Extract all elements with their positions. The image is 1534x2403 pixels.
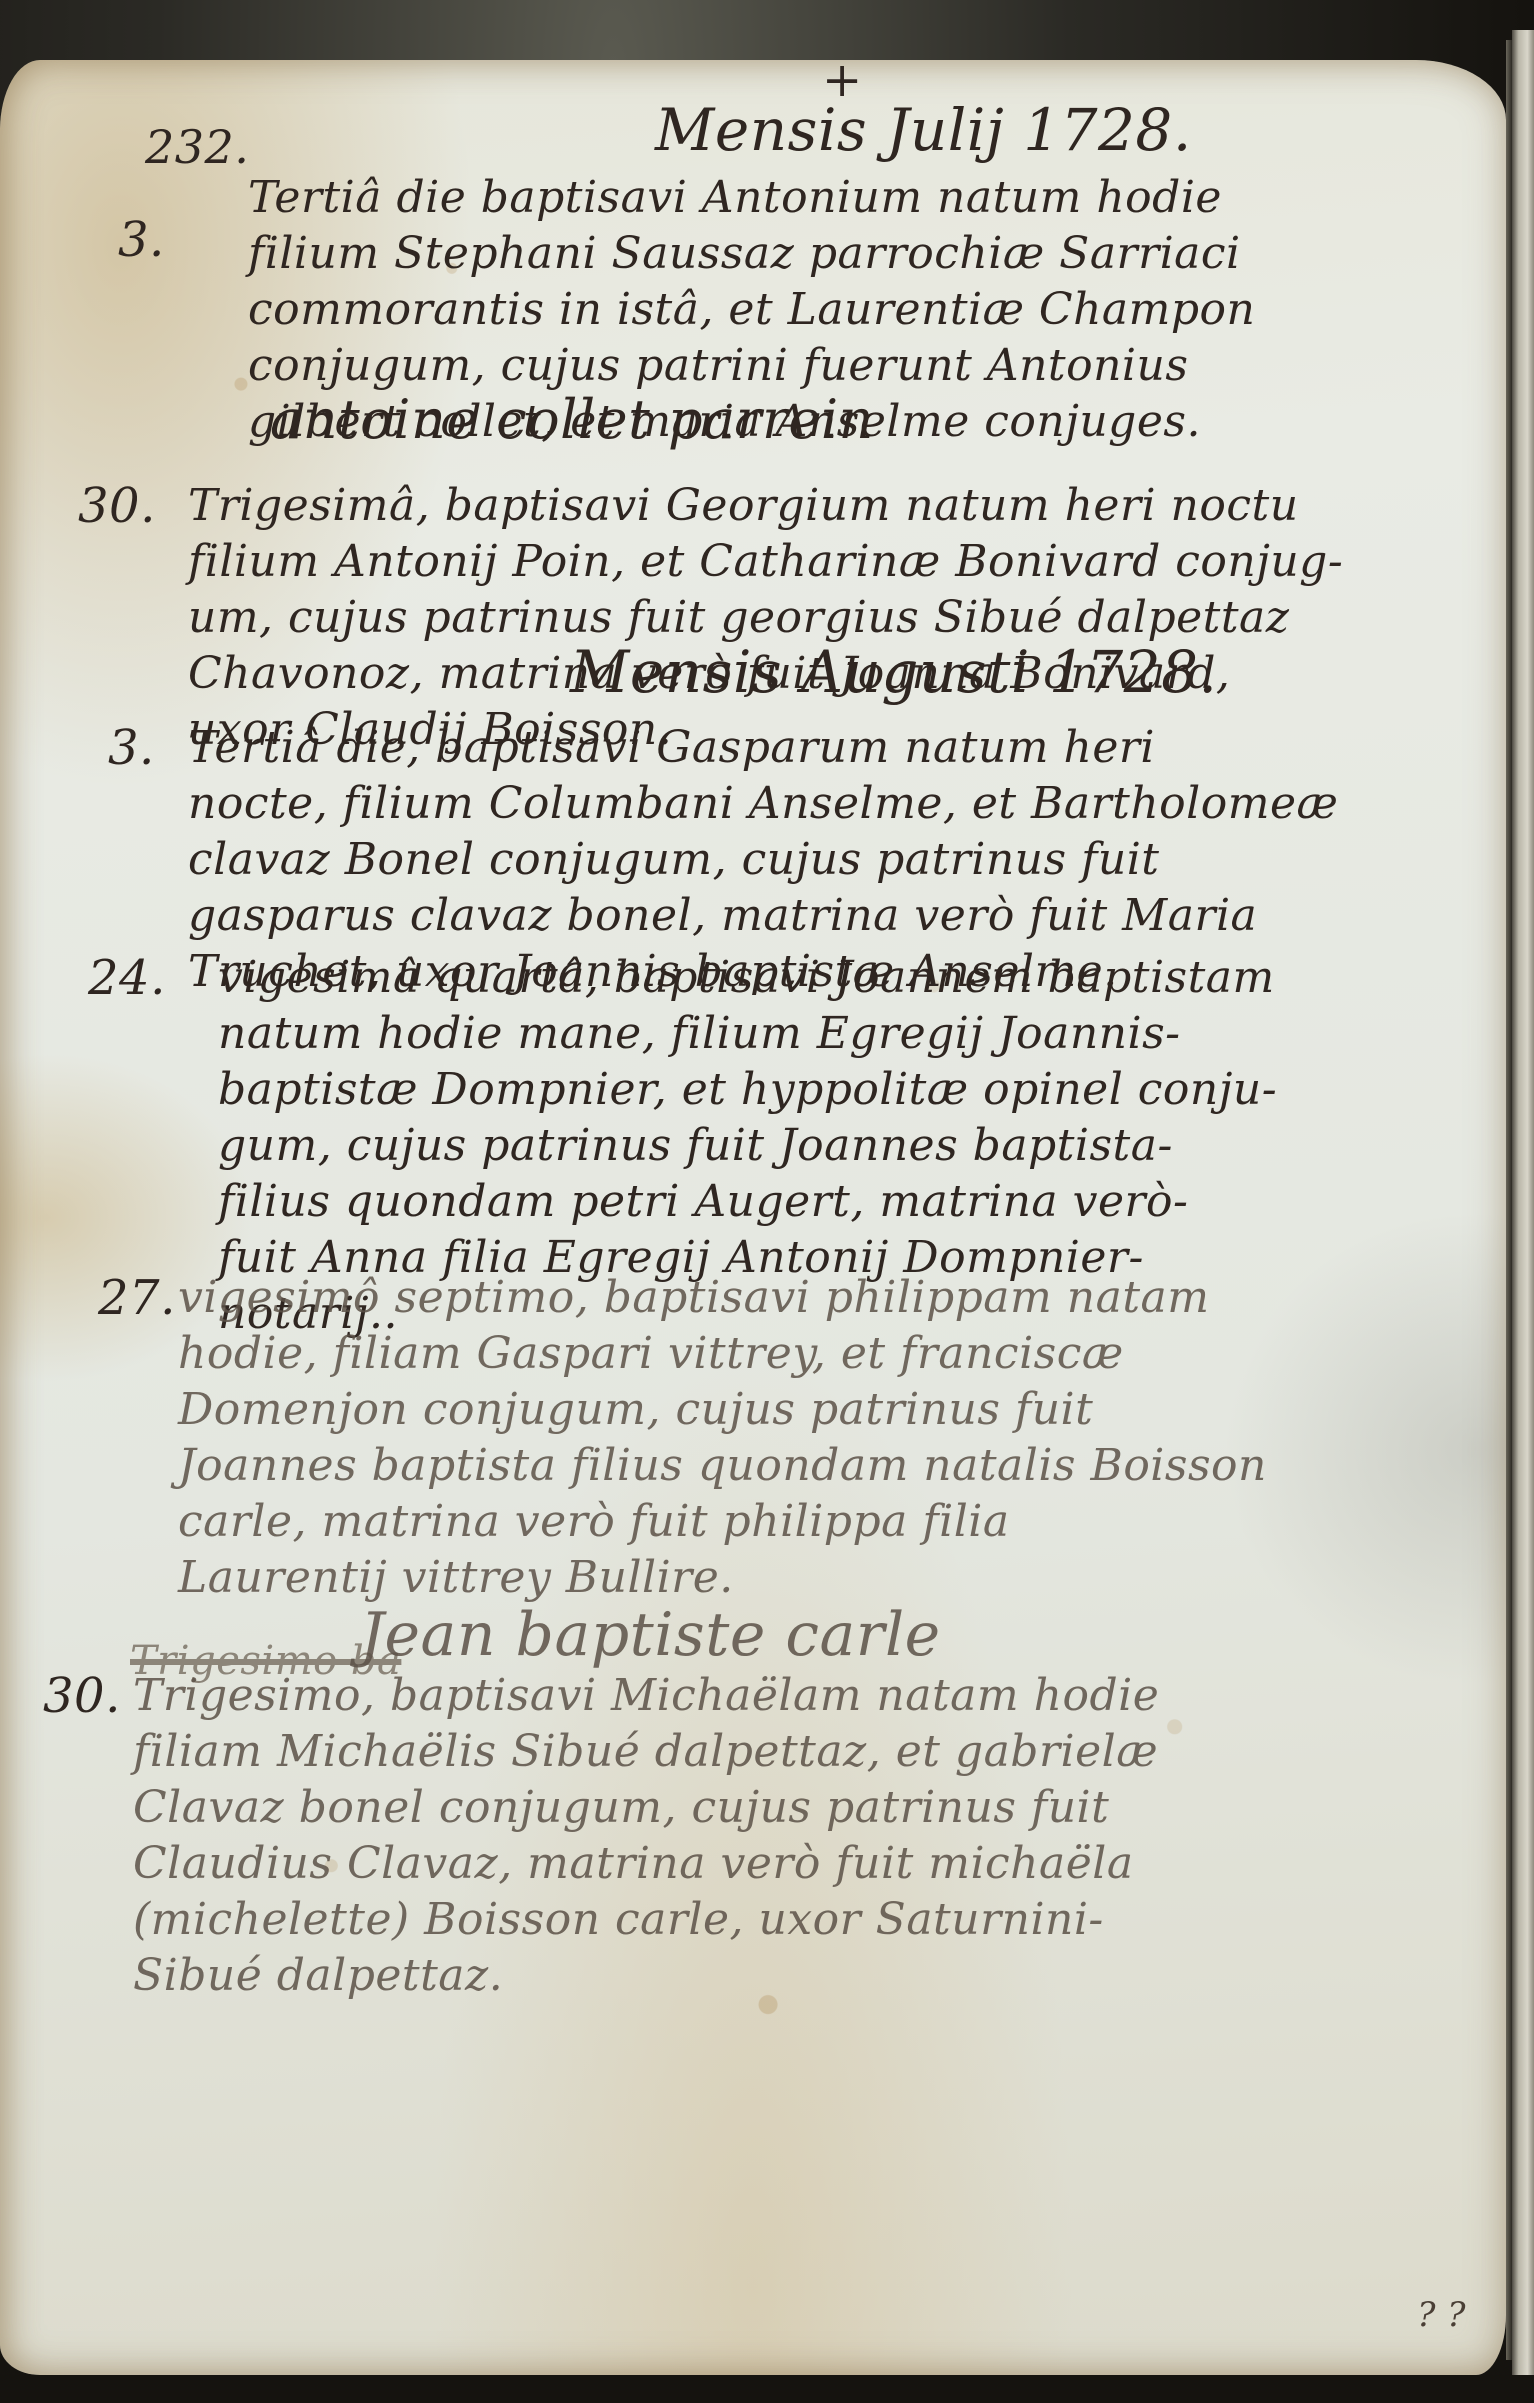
entry-text: Trigesimo, baptisavi Michaëlam natam hod…: [133, 1668, 1159, 2004]
godfather-signature: antoine collet parrein: [270, 388, 874, 451]
entry-line: Sibué dalpettaz.: [133, 1948, 1159, 2004]
entry-line: clavaz Bonel conjugum, cujus patrinus fu…: [188, 832, 1338, 888]
entry-line: carle, matrina verò fuit philippa filia: [178, 1494, 1267, 1550]
entry-line: Domenjon conjugum, cujus patrinus fuit: [178, 1382, 1267, 1438]
entry-day: 3.: [118, 212, 165, 268]
facing-page-edge: [1512, 30, 1534, 2375]
entry-line: Trigesimâ, baptisavi Georgium natum heri…: [188, 478, 1343, 534]
folio-number: 232.: [145, 120, 249, 174]
entry-line: hodie, filiam Gaspari vittrey, et franci…: [178, 1326, 1267, 1382]
entry-line: (michelette) Boisson carle, uxor Saturni…: [133, 1892, 1159, 1948]
entry-line: Trigesimo, baptisavi Michaëlam natam hod…: [133, 1668, 1159, 1724]
entry-line: commorantis in istâ, et Laurentiæ Champo…: [248, 282, 1255, 338]
entry-line: gasparus clavaz bonel, matrina verò fuit…: [188, 888, 1338, 944]
entry-day: 30.: [78, 478, 156, 534]
entry-day: 3.: [108, 720, 155, 776]
entry-text: vigesimô septimo, baptisavi philippam na…: [178, 1270, 1267, 1606]
corner-mark: ? ?: [1417, 2295, 1466, 2335]
entry-line: filium Stephani Saussaz parrochiæ Sarria…: [248, 226, 1255, 282]
month-heading-july: Mensis Julij 1728.: [655, 96, 1192, 164]
entry-line: vigesimâ quartâ, baptisavi Joannem bapti…: [218, 950, 1277, 1006]
entry-line: conjugum, cujus patrini fuerunt Antonius: [248, 338, 1255, 394]
entry-text: Trigesimâ, baptisavi Georgium natum heri…: [188, 478, 1343, 758]
book-gutter: [1506, 40, 1512, 2360]
entry-line: filiam Michaëlis Sibué dalpettaz, et gab…: [133, 1724, 1159, 1780]
scanned-register-scene: + 232. Mensis Julij 1728. 3. Tertiâ die …: [0, 0, 1534, 2403]
entry-line: vigesimô septimo, baptisavi philippam na…: [178, 1270, 1267, 1326]
entry-day: 24.: [88, 950, 166, 1006]
entry-line: natum hodie mane, filium Egregij Joannis…: [218, 1006, 1277, 1062]
entry-line: Claudius Clavaz, matrina verò fuit micha…: [133, 1836, 1159, 1892]
entry-line: Tertiâ die baptisavi Antonium natum hodi…: [248, 170, 1255, 226]
entry-line: gum, cujus patrinus fuit Joannes baptist…: [218, 1118, 1277, 1174]
entry-line: Joannes baptista filius quondam natalis …: [178, 1438, 1267, 1494]
entry-line: Clavaz bonel conjugum, cujus patrinus fu…: [133, 1780, 1159, 1836]
entry-day: 30.: [43, 1668, 121, 1724]
manuscript-page: + 232. Mensis Julij 1728. 3. Tertiâ die …: [0, 60, 1506, 2375]
month-heading-august: Mensis Augusti 1728.: [570, 638, 1217, 706]
entry-line: nocte, filium Columbani Anselme, et Bart…: [188, 776, 1338, 832]
entry-line: Laurentij vittrey Bullire.: [178, 1550, 1267, 1606]
entry-day: 27.: [98, 1270, 176, 1326]
entry-line: filium Antonij Poin, et Catharinæ Boniva…: [188, 534, 1343, 590]
entry-line: Tertiâ die, baptisavi Gasparum natum her…: [188, 720, 1338, 776]
entry-line: baptistæ Dompnier, et hyppolitæ opinel c…: [218, 1062, 1277, 1118]
godfather-signature: Jean baptiste carle: [360, 1600, 941, 1670]
entry-line: filius quondam petri Augert, matrina ver…: [218, 1174, 1277, 1230]
